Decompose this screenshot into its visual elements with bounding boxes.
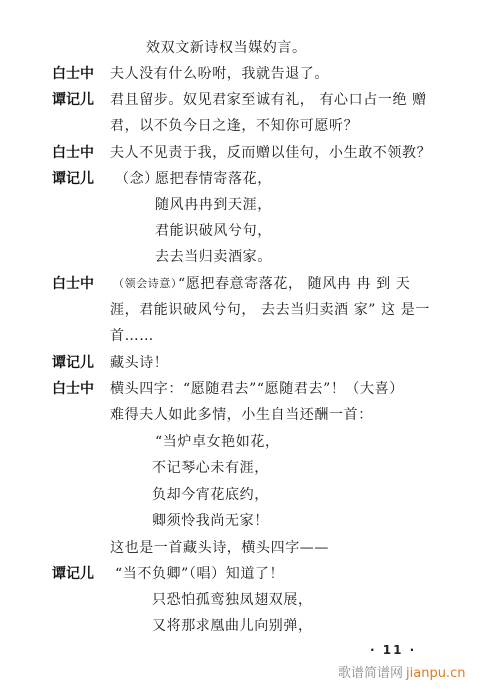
dialog-text: 涯，君能识破风兮句， 去去当归卖酒 家” 这 是一 [110,297,430,323]
dialog-text: “当不负卿”（唱）知道了！ [115,561,284,587]
poem-line: 随风冉冉到天涯， [155,192,272,218]
poem-line: 君能识破风兮句， [155,218,272,244]
speaker-name: 白士中 [52,140,94,166]
dialog-text: 横头四字：“愿随君去”“愿随君去”！（大喜） [110,376,404,402]
speaker-name: 谭记儿 [52,87,94,113]
speaker-name: 谭记儿 [52,166,94,192]
stage-direction: （领会诗意） [113,271,183,297]
watermark-chinese: 歌谱简谱网 [338,666,403,681]
speaker-name: 谭记儿 [52,561,94,587]
speaker-name: 谭记儿 [52,350,94,376]
dialog-text: 效双文新诗权当媒妁言。 [146,35,307,61]
speaker-name: 白士中 [52,376,94,402]
dialog-text: 夫人不见责于我，反而赠以佳句，小生敢不领教？ [110,140,431,166]
dialog-text: 首…… [110,323,154,349]
dialog-text: 君，以不负今日之逢，不知你可愿听？ [110,113,358,139]
dialog-text: 夫人没有什么吩咐，我就告退了。 [110,61,329,87]
dialog-text: 这也是一首藏头诗，横头四字—— [110,535,329,561]
poem-line: 去去当归卖酒家。 [155,244,272,270]
page-number: · 11 · [370,643,416,657]
poem-line: 卿须怜我尚无家！ [152,508,269,534]
watermark: 歌谱简谱网jianpu.cn [338,662,465,681]
poem-line: 愿把春情寄落花， [155,166,272,192]
speaker-name: 白士中 [52,271,94,297]
dialog-text: 藏头诗！ [110,350,168,376]
lyric-line: 只恐怕孤鸾独凤翅双展， [152,587,313,613]
dialog-text: “愿把春意寄落花， 随风冉 冉 到 天 [178,271,410,297]
watermark-latin: jianpu.cn [406,666,465,681]
lyric-line: 又将那求凰曲儿向别弹， [152,613,313,639]
dialog-text: 君且留步。奴见君家至诚有礼， 有心口占一绝 赠 [110,87,427,113]
poem-line: “当炉卓女艳如花， [155,429,280,455]
speaker-name: 白士中 [52,61,94,87]
dialog-text: 难得夫人如此多情，小生自当还酬一首： [110,402,373,428]
poem-line: 不记琴心未有涯， [152,455,269,481]
poem-line: 负却今宵花底约， [152,482,269,508]
stage-direction: （念） [115,166,159,192]
